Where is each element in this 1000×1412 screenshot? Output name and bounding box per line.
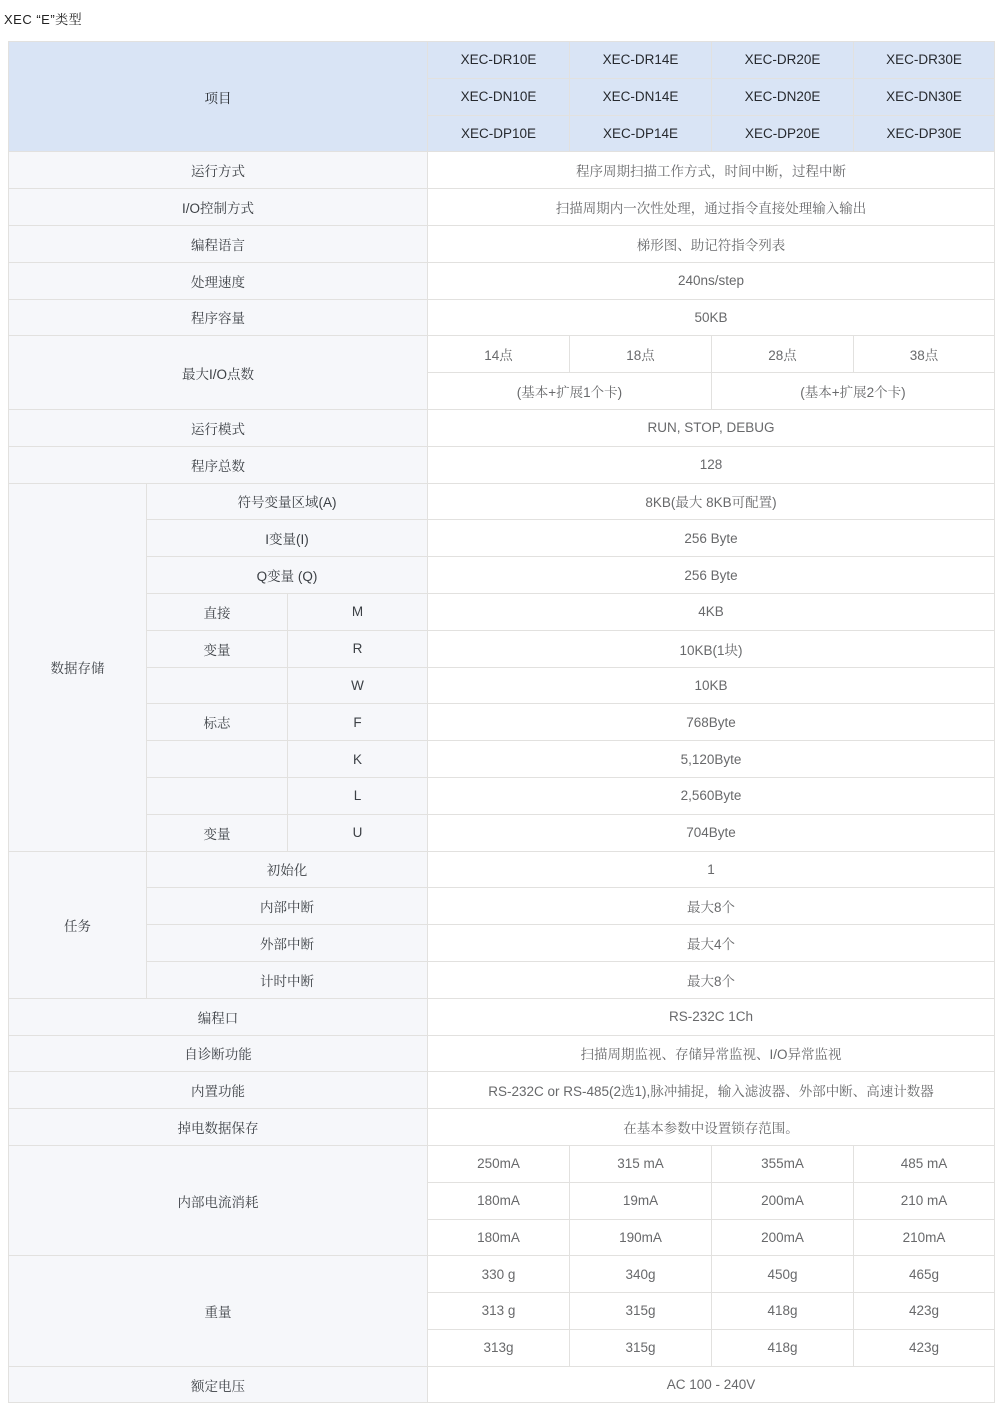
row-task-external: 外部中断 最大4个: [9, 925, 995, 962]
row-label: 自诊断功能: [9, 1035, 428, 1072]
storage-mem-value: 5,120Byte: [428, 741, 995, 778]
storage-mem-value: 10KB(1块): [428, 630, 995, 667]
io-points-cell: 38点: [854, 336, 995, 373]
row-label: 内置功能: [9, 1072, 428, 1109]
row-value: 程序周期扫描工作方式，时间中断，过程中断: [428, 152, 995, 189]
storage-code-cell: U: [288, 814, 428, 851]
storage-group-cell: [147, 741, 288, 778]
row-self-diag: 自诊断功能 扫描周期监视、存储异常监视、I/O异常监视: [9, 1035, 995, 1072]
weight-cell: 423g: [854, 1293, 995, 1330]
storage-sub-label: I变量(I): [147, 520, 428, 557]
row-storage-m: 直接 M 4KB: [9, 593, 995, 630]
row-builtin: 内置功能 RS-232C or RS-485(2选1),脉冲捕捉，输入滤波器、外…: [9, 1072, 995, 1109]
io-expansion-cell: (基本+扩展2个卡): [712, 373, 995, 410]
model-header-cell: XEC-DN10E: [428, 78, 570, 115]
current-cell: 355mA: [712, 1145, 854, 1182]
model-header-cell: XEC-DR30E: [854, 42, 995, 79]
storage-code-cell: K: [288, 741, 428, 778]
current-cell: 200mA: [712, 1219, 854, 1256]
row-label: 运行模式: [9, 409, 428, 446]
storage-code-cell: M: [288, 593, 428, 630]
current-cell: 200mA: [712, 1182, 854, 1219]
row-value: 扫描周期内一次性处理，通过指令直接处理输入输出: [428, 189, 995, 226]
row-storage-q-var: Q变量 (Q) 256 Byte: [9, 557, 995, 594]
current-cell: 210mA: [854, 1219, 995, 1256]
storage-group-cell: 直接: [147, 593, 288, 630]
row-power-retain: 掉电数据保存 在基本参数中设置锁存范围。: [9, 1109, 995, 1146]
weight-cell: 418g: [712, 1293, 854, 1330]
section-label-current: 内部电流消耗: [9, 1145, 428, 1255]
storage-group-cell: [147, 667, 288, 704]
row-value: 50KB: [428, 299, 995, 336]
current-cell: 19mA: [570, 1182, 712, 1219]
row-io-control: I/O控制方式 扫描周期内一次性处理，通过指令直接处理输入输出: [9, 189, 995, 226]
row-value: RUN, STOP, DEBUG: [428, 409, 995, 446]
model-header-cell: XEC-DP30E: [854, 115, 995, 152]
row-weight-1: 重量 330 g 340g 450g 465g: [9, 1256, 995, 1293]
row-label: 最大I/O点数: [9, 336, 428, 410]
task-sub-value: 最大8个: [428, 888, 995, 925]
storage-mem-value: 10KB: [428, 667, 995, 704]
row-voltage: 额定电压 AC 100 - 240V: [9, 1366, 995, 1403]
section-label-weight: 重量: [9, 1256, 428, 1366]
row-task-timer: 计时中断 最大8个: [9, 961, 995, 998]
storage-code-cell: R: [288, 630, 428, 667]
row-label: 编程口: [9, 998, 428, 1035]
row-label: 额定电压: [9, 1366, 428, 1403]
current-cell: 210 mA: [854, 1182, 995, 1219]
storage-mem-value: 2,560Byte: [428, 777, 995, 814]
storage-mem-value: 704Byte: [428, 814, 995, 851]
weight-cell: 450g: [712, 1256, 854, 1293]
io-expansion-cell: (基本+扩展1个卡): [428, 373, 712, 410]
row-label: I/O控制方式: [9, 189, 428, 226]
row-label: 编程语言: [9, 225, 428, 262]
row-max-io-points: 最大I/O点数 14点 18点 28点 38点: [9, 336, 995, 373]
current-cell: 180mA: [428, 1182, 570, 1219]
io-points-cell: 18点: [570, 336, 712, 373]
weight-cell: 418g: [712, 1329, 854, 1366]
row-program-count: 程序总数 128: [9, 446, 995, 483]
row-storage-f: 标志 F 768Byte: [9, 704, 995, 741]
io-points-cell: 14点: [428, 336, 570, 373]
weight-cell: 315g: [570, 1329, 712, 1366]
row-prog-lang: 编程语言 梯形图、助记符指令列表: [9, 225, 995, 262]
weight-cell: 313 g: [428, 1293, 570, 1330]
storage-code-cell: L: [288, 777, 428, 814]
weight-cell: 465g: [854, 1256, 995, 1293]
current-cell: 315 mA: [570, 1145, 712, 1182]
row-value: 在基本参数中设置锁存范围。: [428, 1109, 995, 1146]
row-value: 128: [428, 446, 995, 483]
weight-cell: 340g: [570, 1256, 712, 1293]
model-header-cell: XEC-DP10E: [428, 115, 570, 152]
current-cell: 250mA: [428, 1145, 570, 1182]
page-title: XEC “E”类型: [0, 0, 1000, 28]
row-storage-i-var: I变量(I) 256 Byte: [9, 520, 995, 557]
row-speed: 处理速度 240ns/step: [9, 262, 995, 299]
row-value: 梯形图、助记符指令列表: [428, 225, 995, 262]
storage-sub-value: 256 Byte: [428, 557, 995, 594]
model-header-cell: XEC-DP20E: [712, 115, 854, 152]
storage-code-cell: F: [288, 704, 428, 741]
task-sub-label: 初始化: [147, 851, 428, 888]
row-storage-symbol: 数据存储 符号变量区域(A) 8KB(最大 8KB可配置): [9, 483, 995, 520]
row-task-init: 任务 初始化 1: [9, 851, 995, 888]
row-current-1: 内部电流消耗 250mA 315 mA 355mA 485 mA: [9, 1145, 995, 1182]
storage-sub-label: 符号变量区域(A): [147, 483, 428, 520]
task-sub-label: 计时中断: [147, 961, 428, 998]
row-task-internal: 内部中断 最大8个: [9, 888, 995, 925]
row-storage-l: L 2,560Byte: [9, 777, 995, 814]
model-header-cell: XEC-DP14E: [570, 115, 712, 152]
row-value: AC 100 - 240V: [428, 1366, 995, 1403]
weight-cell: 330 g: [428, 1256, 570, 1293]
storage-group-cell: [147, 777, 288, 814]
row-label: 程序容量: [9, 299, 428, 336]
row-value: 扫描周期监视、存储异常监视、I/O异常监视: [428, 1035, 995, 1072]
weight-cell: 423g: [854, 1329, 995, 1366]
model-header-cell: XEC-DR20E: [712, 42, 854, 79]
header-row-dr: 项目 XEC-DR10E XEC-DR14E XEC-DR20E XEC-DR3…: [9, 42, 995, 79]
storage-sub-value: 8KB(最大 8KB可配置): [428, 483, 995, 520]
row-storage-u: 变量 U 704Byte: [9, 814, 995, 851]
section-label-data-storage: 数据存储: [9, 483, 147, 851]
row-prog-port: 编程口 RS-232C 1Ch: [9, 998, 995, 1035]
model-header-cell: XEC-DN30E: [854, 78, 995, 115]
io-points-cell: 28点: [712, 336, 854, 373]
spec-table: 项目 XEC-DR10E XEC-DR14E XEC-DR20E XEC-DR3…: [8, 41, 995, 1403]
row-value: 240ns/step: [428, 262, 995, 299]
model-header-cell: XEC-DN20E: [712, 78, 854, 115]
row-label: 掉电数据保存: [9, 1109, 428, 1146]
storage-sub-label: Q变量 (Q): [147, 557, 428, 594]
weight-cell: 315g: [570, 1293, 712, 1330]
current-cell: 485 mA: [854, 1145, 995, 1182]
storage-group-cell: 标志: [147, 704, 288, 741]
task-sub-value: 最大4个: [428, 925, 995, 962]
model-header-cell: XEC-DR10E: [428, 42, 570, 79]
storage-mem-value: 768Byte: [428, 704, 995, 741]
current-cell: 180mA: [428, 1219, 570, 1256]
weight-cell: 313g: [428, 1329, 570, 1366]
model-header-cell: XEC-DR14E: [570, 42, 712, 79]
current-cell: 190mA: [570, 1219, 712, 1256]
task-sub-value: 最大8个: [428, 961, 995, 998]
section-label-task: 任务: [9, 851, 147, 998]
row-label: 运行方式: [9, 152, 428, 189]
row-label: 处理速度: [9, 262, 428, 299]
row-storage-k: K 5,120Byte: [9, 741, 995, 778]
model-header-cell: XEC-DN14E: [570, 78, 712, 115]
storage-group-cell: 变量: [147, 630, 288, 667]
row-run-mode: 运行方式 程序周期扫描工作方式，时间中断，过程中断: [9, 152, 995, 189]
task-sub-label: 外部中断: [147, 925, 428, 962]
row-label: 程序总数: [9, 446, 428, 483]
row-value: RS-232C or RS-485(2选1),脉冲捕捉，输入滤波器、外部中断、高…: [428, 1072, 995, 1109]
storage-group-cell: 变量: [147, 814, 288, 851]
row-storage-w: W 10KB: [9, 667, 995, 704]
row-storage-r: 变量 R 10KB(1块): [9, 630, 995, 667]
row-value: RS-232C 1Ch: [428, 998, 995, 1035]
task-sub-label: 内部中断: [147, 888, 428, 925]
row-capacity: 程序容量 50KB: [9, 299, 995, 336]
storage-code-cell: W: [288, 667, 428, 704]
storage-sub-value: 256 Byte: [428, 520, 995, 557]
storage-mem-value: 4KB: [428, 593, 995, 630]
corner-cell: 项目: [9, 42, 428, 152]
row-operation-mode: 运行模式 RUN, STOP, DEBUG: [9, 409, 995, 446]
task-sub-value: 1: [428, 851, 995, 888]
